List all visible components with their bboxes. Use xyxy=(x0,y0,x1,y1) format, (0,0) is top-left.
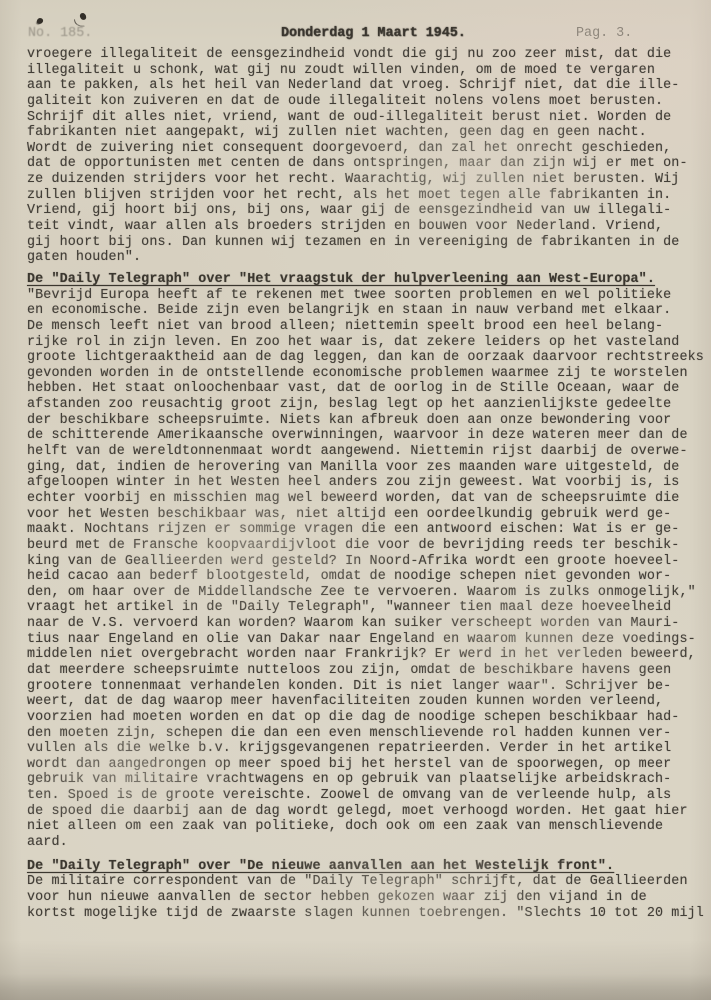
text-line: ten. Spoed is de groote vereischte. Zoow… xyxy=(27,788,711,804)
document-section: De "Daily Telegraph" over "De nieuwe aan… xyxy=(27,859,711,922)
text-line: voor het Westen beschikbaar was, niet al… xyxy=(27,507,711,523)
text-line: dat de opportunisten met centen de dans … xyxy=(27,156,711,172)
text-line: teit vindt, waar allen als broeders stri… xyxy=(27,219,711,235)
text-line: beurd met de Fransche koopvaardijvloot d… xyxy=(27,538,711,554)
text-line: heid cacao aan bederf blootgesteld, omda… xyxy=(27,569,711,585)
text-line: grootere tonnenmaat verhandelen konden. … xyxy=(27,679,711,695)
text-line: naar de V.S. vervoerd kan worden? Waarom… xyxy=(27,616,711,632)
article-heading: De "Daily Telegraph" over "De nieuwe aan… xyxy=(27,859,711,875)
text-line: aard. xyxy=(27,835,711,851)
text-line: der beschikbare scheepsruimte. Niets kan… xyxy=(27,413,711,429)
text-line: wordt dan aangedrongen op meer spoed bij… xyxy=(27,757,711,773)
text-line: fabrikanten niet aangepakt, wij zullen n… xyxy=(27,125,711,141)
text-line: aan te pakken, als het heil van Nederlan… xyxy=(27,78,711,94)
text-line: echter voorbij en misschien mag wel bewe… xyxy=(27,491,711,507)
text-line: vroegere illegaliteit de eensgezindheid … xyxy=(27,47,711,63)
text-line: den, om haar over de Middellandsche Zee … xyxy=(27,585,711,601)
text-line: afgeloopen winter in het Westen heel and… xyxy=(27,475,711,491)
text-line: ging, dat, indien de herovering van Mani… xyxy=(27,460,711,476)
document-section: De "Daily Telegraph" over "Het vraagstuk… xyxy=(27,272,711,851)
text-line: illegaliteit u schonk, wat gij nu zoudt … xyxy=(27,63,711,79)
text-line: helft van de wereldtonnenmaat wordt aang… xyxy=(27,444,711,460)
text-line: vraagt het artikel in de "Daily Telegrap… xyxy=(27,600,711,616)
date-line: Donderdag 1 Maart 1945. xyxy=(281,26,466,42)
text-line: groote lichtgeraaktheid aan de dag legge… xyxy=(27,350,711,366)
text-line: maakt. Nochtans rijzen er sommige vragen… xyxy=(27,522,711,538)
page-edge-shadow xyxy=(0,974,711,1000)
ink-blot-mark xyxy=(79,12,86,20)
text-line: kortst mogelijke tijd de zwaarste slagen… xyxy=(27,906,711,922)
text-line: weert, dat de dag waarop meer havenfacil… xyxy=(27,694,711,710)
text-line: vullen als die welke b.v. krijgsgevangen… xyxy=(27,741,711,757)
text-line: den moeten zijn, schepen die dan een eve… xyxy=(27,726,711,742)
text-line: Vriend, gij hoort bij ons, bij ons, waar… xyxy=(27,203,711,219)
text-line: ze duizenden strijders voor het recht. W… xyxy=(27,172,711,188)
text-line: galiteit kon zuiveren en dat de oude ill… xyxy=(27,94,711,110)
document-page: No. 185. Donderdag 1 Maart 1945. Pag. 3.… xyxy=(0,0,711,1000)
text-line: de spoed die daarbij aan de dag wordt ge… xyxy=(27,804,711,820)
page-number: Pag. 3. xyxy=(576,26,632,42)
text-line: De mensch leeft niet van brood alleen; n… xyxy=(27,319,711,335)
text-line: de schitterende Amerikaansche overwinnin… xyxy=(27,428,711,444)
text-line: "Bevrijd Europa heeft af te rekenen met … xyxy=(27,288,711,304)
text-line: Wordt de zuivering niet consequent doorg… xyxy=(27,141,711,157)
document-section: vroegere illegaliteit de eensgezindheid … xyxy=(27,47,711,266)
text-line: rijke rol in zijn leven. En zoo het waar… xyxy=(27,335,711,351)
text-line: king van de Geallieerden werd gesteld? I… xyxy=(27,554,711,570)
text-line: en economische. Beide zijn even belangri… xyxy=(27,303,711,319)
text-line: voorzien had moeten worden en dat op die… xyxy=(27,710,711,726)
text-line: gaten houden". xyxy=(27,250,711,266)
issue-number: No. 185. xyxy=(28,26,92,42)
text-line: Schrijf dit alles niet, vriend, want de … xyxy=(27,110,711,126)
text-line: zullen blijven strijden voor het recht, … xyxy=(27,188,711,204)
text-line: dat meerdere scheepsruimte nutteloos zou… xyxy=(27,663,711,679)
text-line: hebben. Het staat onloochenbaar vast, da… xyxy=(27,381,711,397)
text-line: gebruik van militaire vrachtwagens en op… xyxy=(27,772,711,788)
text-line: tius naar Engeland en olie van Dakar naa… xyxy=(27,632,711,648)
text-line: niet alleen om een zaak van politieke, d… xyxy=(27,819,711,835)
text-line: voor hun nieuwe aanvallen de sector hebb… xyxy=(27,890,711,906)
text-line: middelen niet overgebracht worden naar F… xyxy=(27,647,711,663)
article-heading: De "Daily Telegraph" over "Het vraagstuk… xyxy=(27,272,711,288)
ink-blot-mark xyxy=(36,17,44,25)
text-line: De militaire correspondent van de "Daily… xyxy=(27,874,711,890)
text-line: gevonden worden in de ontstellende econo… xyxy=(27,366,711,382)
page-header: No. 185. Donderdag 1 Maart 1945. Pag. 3. xyxy=(0,26,711,44)
document-body: vroegere illegaliteit de eensgezindheid … xyxy=(27,47,711,921)
text-line: gij hoort bij ons. Dan kunnen wij tezame… xyxy=(27,235,711,251)
text-line: afstanden zoo reusachtig groot zijn, bes… xyxy=(27,397,711,413)
